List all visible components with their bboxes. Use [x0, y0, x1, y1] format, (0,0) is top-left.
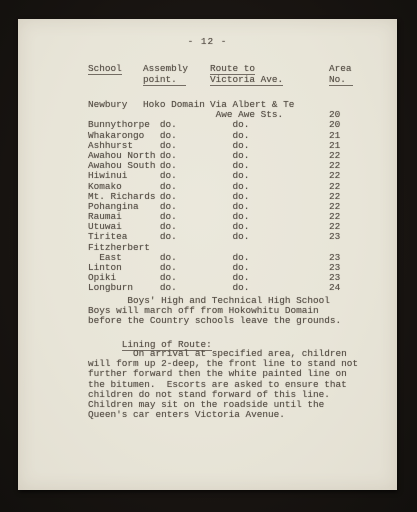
page-number: - 12 -: [18, 36, 397, 47]
table-row: Longburn do. do.24: [88, 283, 359, 293]
lining-paragraph: On arrival at specified area, childrenwi…: [88, 349, 358, 420]
header-assembly-label: Assembly: [143, 63, 188, 74]
school-cell: Hiwinui: [88, 171, 143, 181]
assembly-cell: Hoko Domain: [143, 100, 210, 110]
table-rows: NewburyHoko DomainVia Albert & Te Awe Aw…: [88, 100, 359, 294]
assembly-cell: do.: [143, 232, 210, 242]
header-cell-no: No.: [325, 74, 359, 85]
header-cell-route: Route to: [210, 63, 325, 74]
table-header-row-2: point. Victoria Ave. No.: [88, 74, 359, 85]
header-cell-assembly: Assembly: [143, 63, 210, 74]
school-assembly-table: School Assembly Route to Area point. Vic…: [88, 63, 359, 294]
assembly-cell: do.: [143, 171, 210, 181]
paragraph-line: before the Country schools leave the gro…: [88, 316, 341, 326]
header-cell-school: School: [88, 63, 143, 74]
route-cell: do.: [210, 283, 325, 293]
table-row: Hiwinui do. do.22: [88, 171, 359, 181]
area-cell: 24: [325, 283, 359, 293]
area-cell: 22: [325, 171, 359, 181]
header-area-label: Area: [329, 63, 352, 74]
document-page: - 12 - School Assembly Route to Area poi…: [18, 19, 397, 490]
assembly-cell: do.: [143, 283, 210, 293]
paragraph-line: Queen's car enters Victoria Avenue.: [88, 410, 358, 420]
header-cell-victoria-ave: Victoria Ave.: [210, 74, 325, 85]
route-cell: do.: [210, 171, 325, 181]
header-cell-area: Area: [325, 63, 359, 74]
header-point-label: point.: [143, 74, 186, 86]
school-cell: Longburn: [88, 283, 143, 293]
table-header-row-1: School Assembly Route to Area: [88, 63, 359, 74]
scan-background: - 12 - School Assembly Route to Area poi…: [0, 0, 417, 512]
school-cell: Newbury: [88, 100, 143, 110]
boys-high-paragraph: Boys' High and Technical High SchoolBoys…: [88, 296, 341, 327]
header-route-label-line2: Victoria Ave.: [210, 74, 283, 86]
area-cell: 23: [325, 232, 359, 242]
header-cell-point: point.: [143, 74, 210, 85]
header-no-label: No.: [329, 74, 353, 86]
route-cell: do.: [210, 232, 325, 242]
